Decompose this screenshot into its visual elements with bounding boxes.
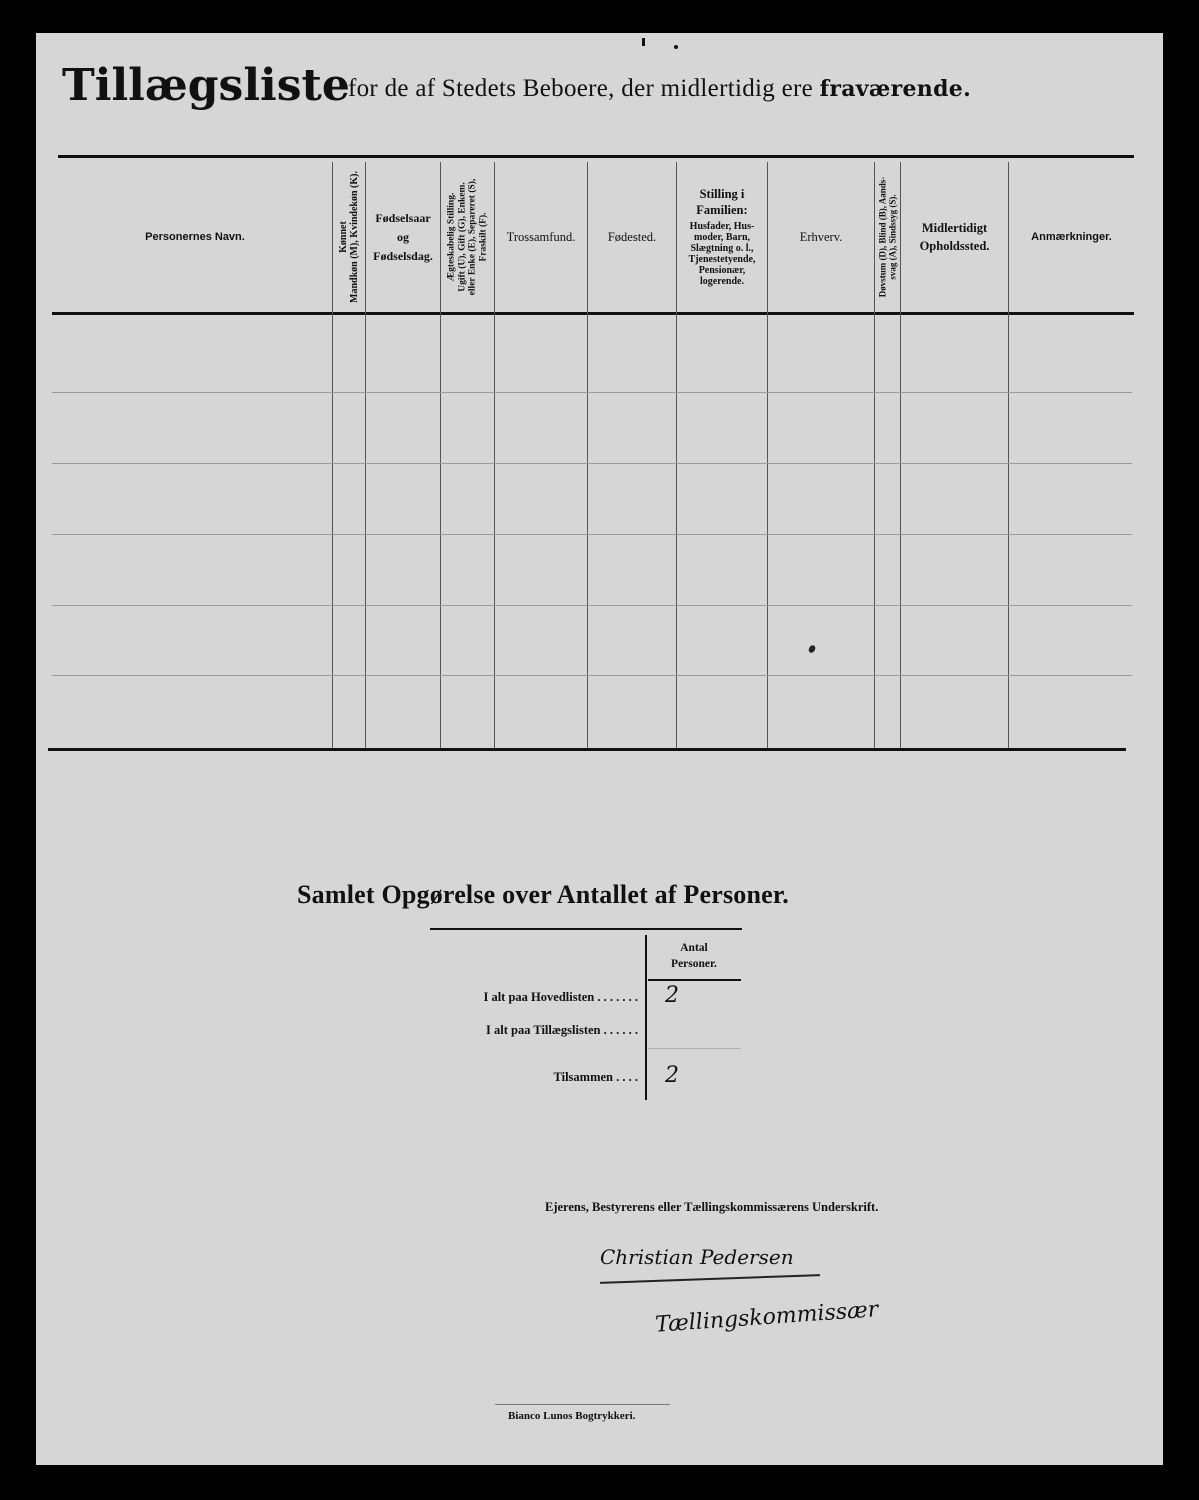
header-line: Stilling i <box>700 187 745 202</box>
header-line: og <box>397 228 409 247</box>
signature-name: Christian Pedersen <box>600 1245 794 1269</box>
header-line: Døvstum (D), Blind (B), Aands- <box>878 177 888 298</box>
header-line: Kønnet <box>338 171 349 303</box>
table-row <box>52 676 1132 748</box>
header-line: Antal <box>648 940 740 956</box>
table-bottom-rule <box>48 748 1126 751</box>
column-header-occupation: Erhverv. <box>768 162 874 312</box>
table-row <box>52 535 1132 605</box>
column-header-label: Trossamfund. <box>507 231 576 244</box>
column-header-name: Personernes Navn. <box>58 162 332 312</box>
summary-value-total: 2 <box>665 1063 679 1088</box>
summary-label-supplement-list: I alt paa Tillægslisten . . . . . . <box>400 1023 638 1038</box>
column-header-label: Ægteskabelig Stilling. Ugift (U), Gift (… <box>447 179 489 296</box>
header-line: Fødselsdag. <box>373 247 433 266</box>
summary-column-divider <box>645 935 647 1100</box>
ink-mark <box>642 38 645 46</box>
form-subtitle-text: for de af Stedets Beboere, der midlertid… <box>348 75 813 102</box>
signature-caption: Ejerens, Bestyrerens eller Tællingskommi… <box>545 1200 878 1215</box>
summary-title: Samlet Opgørelse over Antallet af Person… <box>297 880 789 910</box>
header-line: Fødselsaar <box>375 209 430 228</box>
table-row <box>52 464 1132 534</box>
summary-row-rule <box>648 1048 741 1049</box>
header-line: Mandkøn (M), Kvindekøn (K). <box>349 171 360 303</box>
column-header-remarks: Anmærkninger. <box>1009 162 1134 312</box>
column-header-temp-residence: Midlertidigt Opholdssted. <box>901 162 1008 312</box>
form-subtitle: for de af Stedets Beboere, der midlertid… <box>348 75 971 103</box>
header-line: Pensionær, <box>699 265 746 276</box>
table-row <box>52 393 1132 463</box>
column-header-sex: Kønnet Mandkøn (M), Kvindekøn (K). <box>333 162 365 312</box>
summary-label-total: Tilsammen . . . . <box>400 1070 638 1085</box>
header-line: Personer. <box>648 956 740 972</box>
column-header-religion: Trossamfund. <box>495 162 587 312</box>
header-line: Fraskilt (F). <box>478 179 489 296</box>
column-header-birthplace: Fødested. <box>588 162 676 312</box>
header-line: Midlertidigt <box>922 219 987 237</box>
form-title: Tillægsliste <box>62 60 350 111</box>
column-header-birth: Fødselsaar og Fødselsdag. <box>366 162 440 312</box>
column-header-label: Anmærkninger. <box>1031 231 1112 244</box>
header-line: svag (A), Sindssyg (S). <box>888 177 898 298</box>
column-header-label: Erhverv. <box>800 231 843 244</box>
header-line: Slægtning o. l., <box>690 243 753 254</box>
header-line: Ugift (U), Gift (G), Enkem. <box>457 179 468 296</box>
summary-column-header: Antal Personer. <box>648 940 740 972</box>
header-line: moder, Barn, <box>694 232 750 243</box>
header-line: eller Enke (E), Separeret (S), <box>468 179 479 296</box>
column-header-label: Personernes Navn. <box>145 231 245 244</box>
summary-header-rule <box>648 979 741 981</box>
printer-rule <box>495 1404 670 1405</box>
column-header-label: Kønnet Mandkøn (M), Kvindekøn (K). <box>338 171 360 303</box>
table-top-rule <box>58 155 1134 158</box>
summary-value-main-list: 2 <box>665 983 679 1008</box>
printer-imprint: Bianco Lunos Bogtrykkeri. <box>508 1410 635 1422</box>
form-subtitle-emphasis: fraværende. <box>820 76 971 102</box>
header-line: Tjenestetyende, <box>689 254 756 265</box>
ink-mark <box>674 45 678 49</box>
column-header-label: Fødested. <box>608 231 656 244</box>
header-line: logerende. <box>700 276 744 287</box>
summary-top-rule <box>430 928 742 930</box>
header-line: Husfader, Hus- <box>690 221 755 232</box>
summary-label-main-list: I alt paa Hovedlisten . . . . . . . <box>400 990 638 1005</box>
header-line: Opholdssted. <box>920 237 990 255</box>
column-header-family-position: Stilling i Familien: Husfader, Hus- mode… <box>677 162 767 312</box>
column-header-marital: Ægteskabelig Stilling. Ugift (U), Gift (… <box>441 162 494 312</box>
column-header-label: Døvstum (D), Blind (B), Aands- svag (A),… <box>878 177 898 298</box>
header-line: Familien: <box>696 202 747 219</box>
table-row <box>52 606 1132 675</box>
table-row <box>52 315 1132 392</box>
header-line: Ægteskabelig Stilling. <box>447 179 458 296</box>
column-header-disability: Døvstum (D), Blind (B), Aands- svag (A),… <box>875 162 900 312</box>
